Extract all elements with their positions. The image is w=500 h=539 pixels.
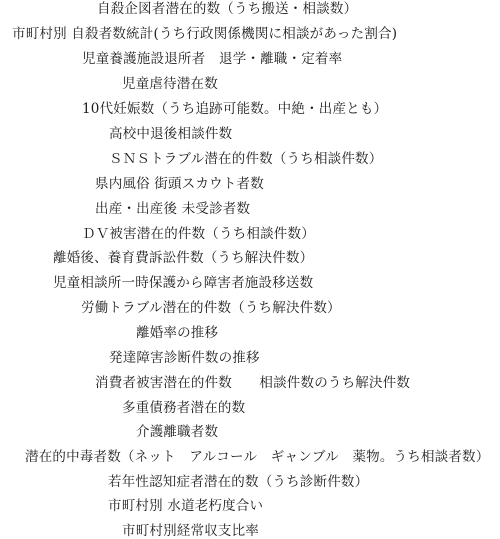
- text-line: 若年性認知症者潜在的数（うち診断件数）: [108, 474, 368, 490]
- text-line: 離婚後、養育費訴訟件数（うち解決件数）: [53, 250, 313, 266]
- text-line: 市町村別経常収支比率: [122, 523, 259, 539]
- text-line: 出産・出産後 未受診者数: [95, 201, 250, 217]
- text-line: 離婚率の推移: [136, 325, 218, 341]
- text-line: 県内風俗 街頭スカウト者数: [95, 176, 264, 192]
- text-line: 児童相談所一時保護から障害者施設移送数: [53, 275, 313, 291]
- text-line: 高校中退後相談件数: [109, 126, 232, 142]
- text-line: 労働トラブル潜在的件数（うち解決件数）: [81, 300, 341, 316]
- text-line: 10代妊娠数（うち追跡可能数。中絶・出産とも）: [82, 101, 387, 117]
- text-line: 市町村別 水道老朽度合い: [108, 498, 263, 514]
- text-line: 自殺企図者潜在的数（うち搬送・相談数）: [97, 1, 357, 17]
- text-line: 市町村別 自殺者数統計(うち行政関係機関に相談があった割合): [12, 26, 397, 42]
- text-line: 潜在的中毒者数（ネット アルコール ギャンブル 薬物。うち相談者数）: [25, 449, 489, 465]
- text-line: 発達障害診断件数の推移: [109, 350, 260, 366]
- text-line: 介護離職者数: [136, 424, 218, 440]
- text-line: 児童虐待潜在数: [122, 76, 218, 92]
- text-line: 児童養護施設退所者 退学・離職・定着率: [82, 51, 342, 67]
- text-line: ＤＶ被害潜在的件数（うち相談件数）: [82, 226, 315, 242]
- document-page: 自殺企図者潜在的数（うち搬送・相談数）市町村別 自殺者数統計(うち行政関係機関に…: [0, 0, 500, 539]
- text-line: ＳＮＳトラブル潜在的件数（うち相談件数）: [109, 151, 382, 167]
- text-line: 多重債務者潜在的数: [122, 400, 245, 416]
- text-line: 消費者被害潜在的件数 相談件数のうち解決件数: [95, 375, 410, 391]
